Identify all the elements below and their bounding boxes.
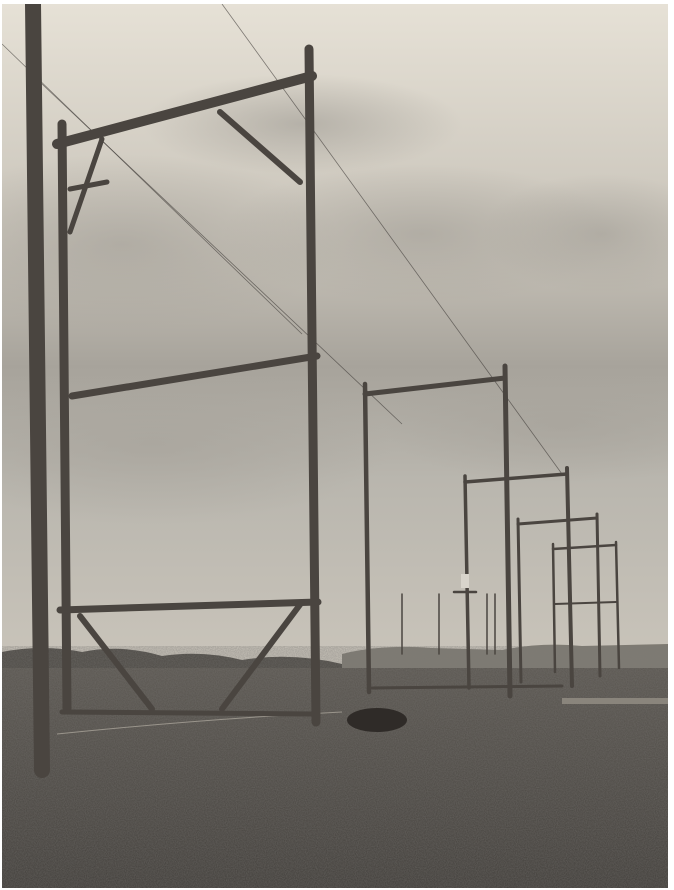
antenna-field-scene	[2, 4, 668, 888]
ground-bar	[372, 686, 562, 688]
photograph	[2, 4, 668, 888]
insulator-box	[461, 574, 469, 588]
log	[562, 698, 668, 704]
cloud	[142, 74, 462, 174]
dirt-mound	[347, 708, 407, 732]
frame-sill	[62, 712, 312, 714]
utility-pole	[33, 4, 42, 770]
frame-post-left	[62, 124, 67, 709]
